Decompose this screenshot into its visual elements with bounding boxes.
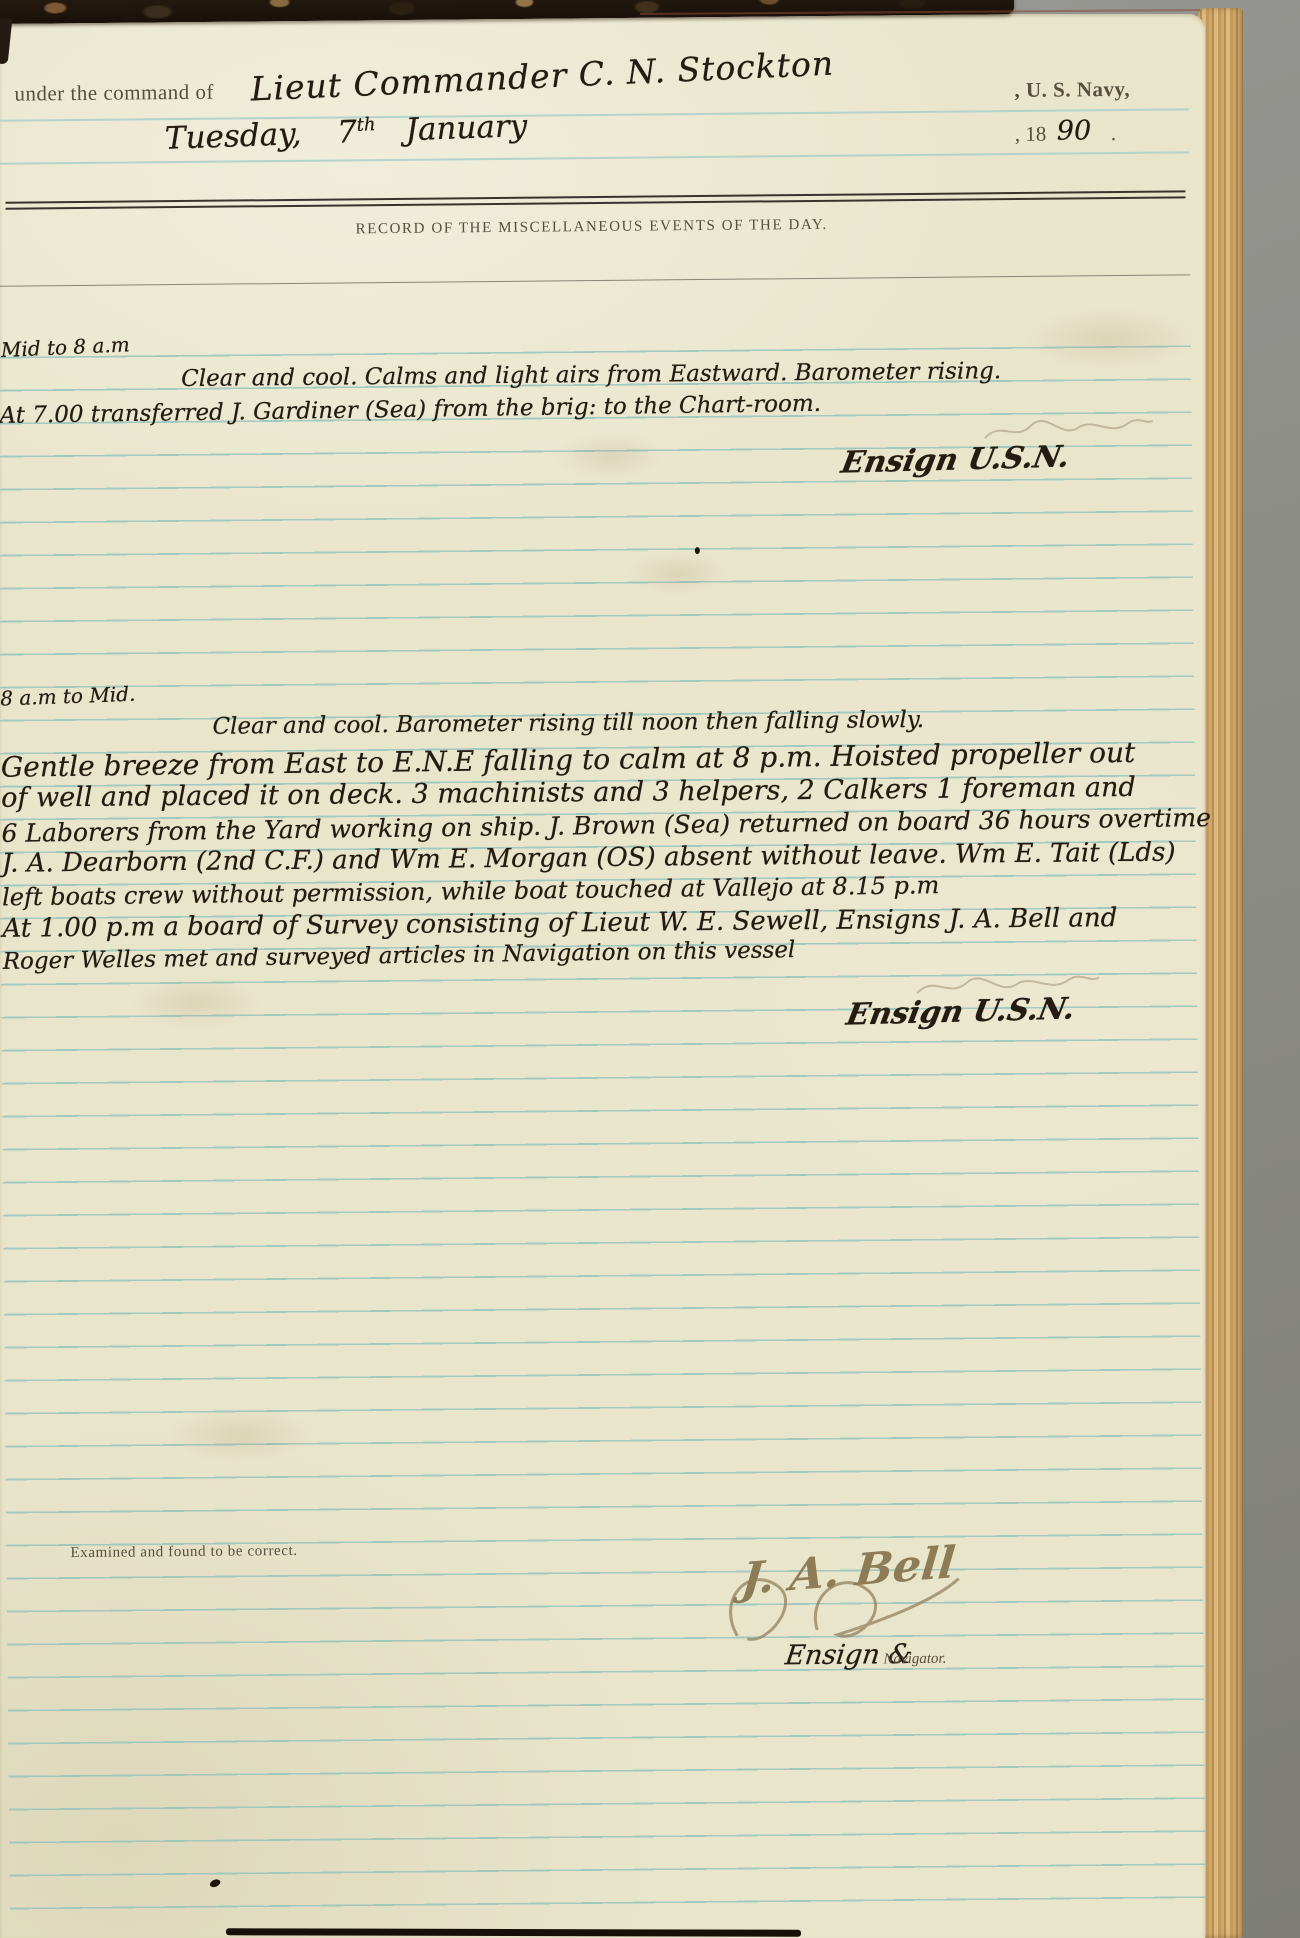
year-handwritten: 90 (1057, 115, 1092, 146)
entry2-period-heading: 8 a.m to Mid. (0, 682, 136, 711)
section-title: RECORD OF THE MISCELLANEOUS EVENTS OF TH… (0, 213, 1190, 241)
ensign-signature: Ensign U.S.N. (838, 439, 1072, 480)
page-content: under the command of Lieut Commander C. … (0, 8, 1215, 1938)
printed-year-period: . (1111, 121, 1116, 146)
date-ordinal: th (356, 114, 376, 136)
ruled-lines (0, 345, 1206, 1934)
date-month: January (405, 108, 528, 148)
printed-usnavy-label: , U. S. Navy, (1014, 77, 1130, 103)
section-divider (0, 274, 1190, 287)
printed-command-label: under the command of (14, 80, 214, 107)
date-day: Tuesday, (164, 116, 302, 157)
printed-navigator-label: Navigator. (883, 1651, 946, 1669)
ensign-signature: Ensign U.S.N. (844, 991, 1078, 1032)
date-handwritten: Tuesday, 7th January (164, 108, 527, 157)
ink-dot (695, 547, 700, 554)
commander-name-handwritten: Lieut Commander C. N. Stockton (250, 44, 835, 109)
printed-year-prefix: , 18 (1015, 122, 1047, 147)
date-number: 7 (337, 114, 358, 151)
examined-note: Examined and found to be correct. (70, 1543, 297, 1562)
